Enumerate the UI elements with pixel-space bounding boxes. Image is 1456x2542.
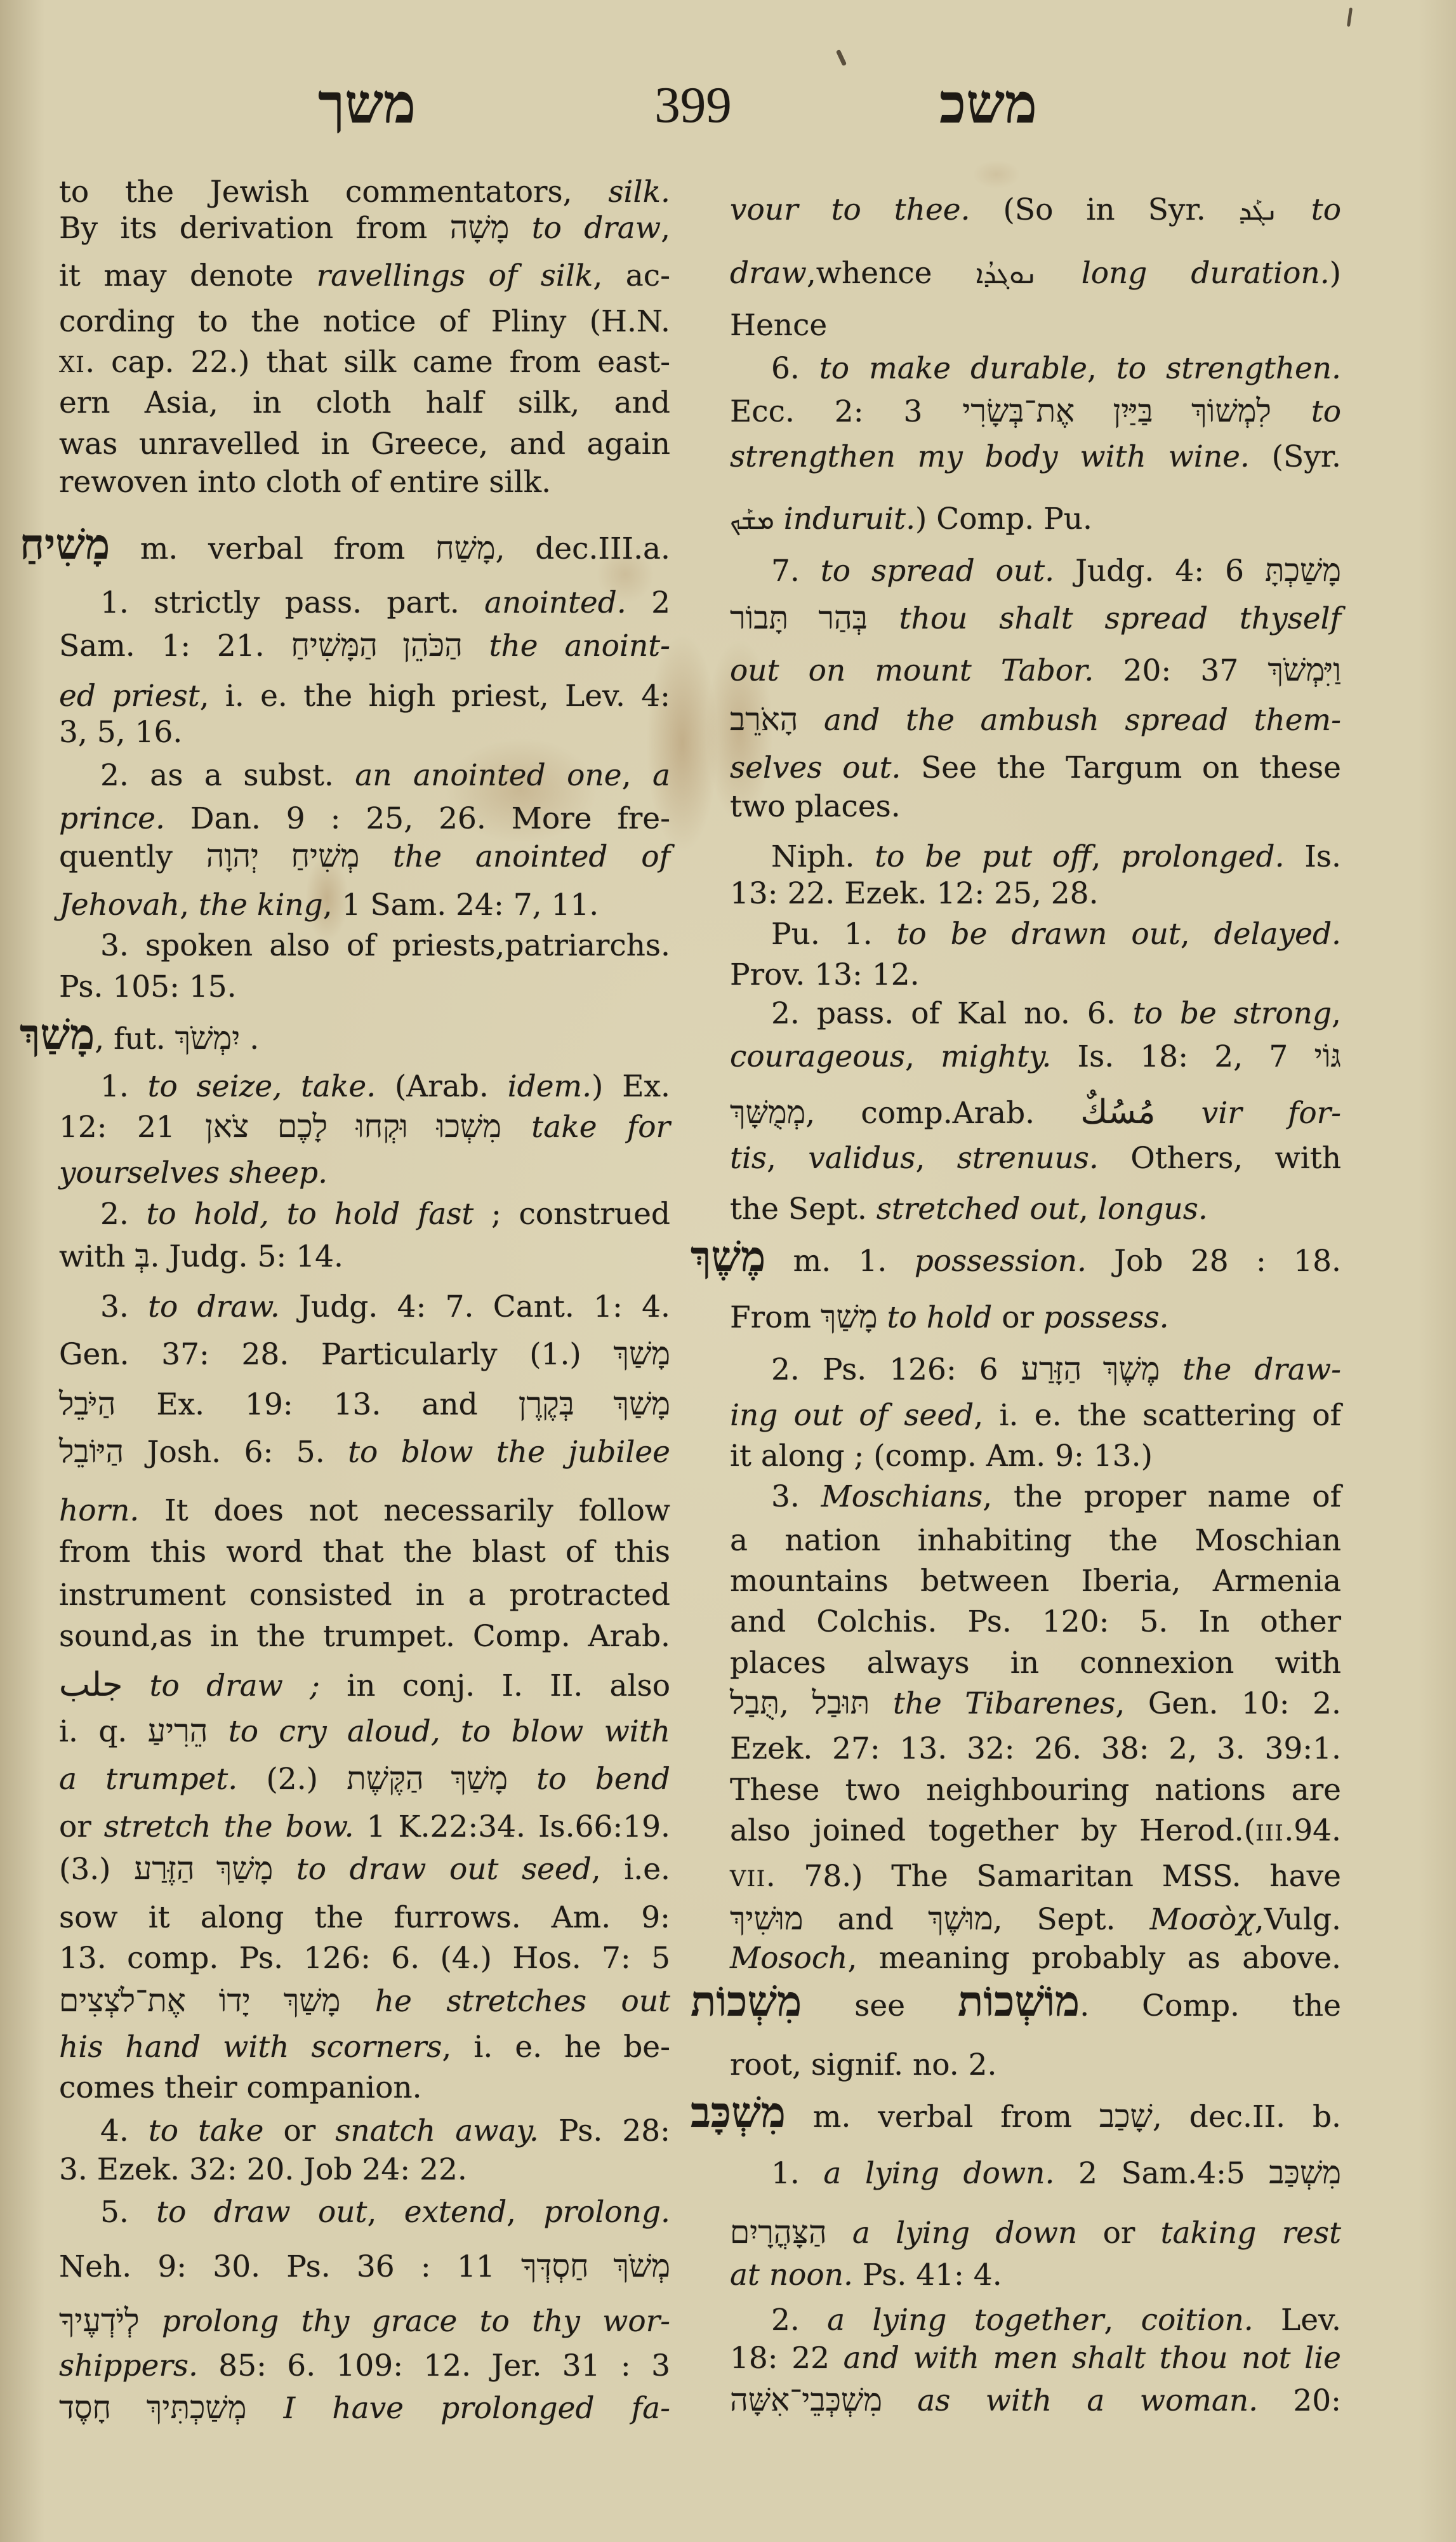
hebrew-text: בְּהַר תָּבוֹר — [730, 600, 868, 635]
text-line: 2. Ps. 126: 6 מֶשֶׁךְ הַזָּרַע the draw- — [730, 1351, 1341, 1389]
roman-text: 6. — [771, 351, 819, 386]
text-line: comes their companion. — [59, 2069, 670, 2107]
text-line: or stretch the bow. 1 K.22:34. Is.66:19. — [59, 1808, 670, 1846]
roman-text: see — [802, 1988, 958, 2023]
hebrew-text: וַיִּמְשֹׁךְ — [1267, 652, 1341, 688]
italic-text: mighty. — [941, 1039, 1051, 1074]
text-line: 2. as a subst. an anointed one, a — [59, 757, 670, 795]
hebrew-text: מְמֻשָּׁךְ — [730, 1095, 805, 1130]
roman-text: . Comp. the — [1080, 1988, 1341, 2023]
roman-text: Is. — [1285, 839, 1341, 874]
text-line: בְּהַר תָּבוֹר thou shalt spread thyself — [730, 600, 1341, 638]
roman-text: . 78.) The Samaritan MSS. have — [766, 1859, 1341, 1894]
italic-text: snatch away. — [335, 2113, 538, 2148]
text-line: ern Asia, in cloth half silk, and — [59, 384, 670, 422]
text-line: Mosoch, meaning probably as above. — [730, 1940, 1341, 1978]
italic-text: long duration. — [1038, 256, 1330, 291]
text-line: quently מְשִׁיחַ יְהוָה the anointed of — [59, 838, 670, 876]
roman-text: Neh. 9: 30. Ps. 36 : 11 — [59, 2249, 521, 2284]
italic-text: the king — [199, 888, 323, 922]
italic-text: tis — [730, 1141, 767, 1176]
roman-text: , — [905, 1039, 941, 1074]
roman-text: Judg. 4: 7. Cant. 1: 4. — [280, 1289, 670, 1324]
text-line: 3. Ezek. 32: 20. Job 24: 22. — [59, 2151, 670, 2189]
headword: מֶשֶׁךְ — [691, 1234, 765, 1281]
italic-text: stretch the bow. — [104, 1809, 354, 1844]
text-line: הַיּוֹבֵל Josh. 6: 5. to blow the jubile… — [59, 1434, 670, 1472]
syriac-text: ܢܓܰܕ — [1239, 195, 1278, 226]
italic-text: to be drawn out — [896, 917, 1180, 952]
text-line: places always in connexion with — [730, 1644, 1341, 1682]
italic-text: to take — [149, 2113, 263, 2148]
roman-text: to the Jewish commentators, — [59, 175, 608, 210]
roman-text: , — [367, 2195, 404, 2230]
roman-text: Prov. 13: 12. — [730, 957, 920, 992]
hebrew-text: הֵרִיעַ — [148, 1713, 208, 1748]
italic-text: to draw ; — [122, 1668, 320, 1703]
small-caps-numeral: XI — [59, 352, 85, 378]
italic-text: yourselves sheep. — [59, 1155, 328, 1190]
italic-text: silk. — [608, 175, 670, 210]
italic-text: to blow the jubilee — [348, 1435, 670, 1470]
roman-text: . cap. 22.) that silk came from east- — [85, 345, 670, 380]
hebrew-text: מוּשִׁיךְ — [730, 1901, 804, 1936]
roman-text: Others, with — [1099, 1141, 1341, 1176]
text-line: Ezek. 27: 13. 32: 26. 38: 2, 3. 39:1. — [730, 1730, 1341, 1768]
roman-text: 3. spoken also of priests,patriarchs. — [100, 928, 670, 963]
text-line: sound,as in the trumpet. Comp. Arab. — [59, 1618, 670, 1656]
roman-text: or — [992, 1300, 1043, 1335]
italic-text: coition. — [1141, 2303, 1254, 2338]
italic-text: to strengthen. — [1116, 351, 1341, 386]
headword-reference: מוֹשְׁכוֹת — [958, 1979, 1080, 2025]
roman-text: 2. pass. of Kal no. 6. — [771, 996, 1133, 1031]
italic-text: an anointed one — [355, 758, 621, 793]
roman-text: , meaning probably as above. — [847, 1941, 1341, 1976]
roman-text: root, signif. no. 2. — [730, 2047, 996, 2082]
italic-text: to seize, take. — [148, 1069, 376, 1104]
italic-text: to — [1278, 192, 1341, 227]
hebrew-text: הַיּוֹבֵל — [59, 1434, 124, 1469]
text-line: ed priest, i. e. the high priest, Lev. 4… — [59, 677, 670, 715]
text-line: out on mount Tabor. 20: 37 וַיִּמְשֹׁךְ — [730, 652, 1341, 690]
roman-text: Ps. 105: 15. — [59, 969, 237, 1004]
text-line: Prov. 13: 12. — [730, 956, 1341, 994]
hebrew-text: מָשַׁךְ — [821, 1299, 878, 1334]
text-line: sow it along the furrows. Am. 9: — [59, 1899, 670, 1937]
hebrew-text: בְּ — [135, 1238, 150, 1274]
entry-headword-line: מִשְׁכוֹת see מוֹשְׁכוֹת. Comp. the — [691, 1987, 1341, 2025]
text-line: Niph. to be put off, prolonged. Is. — [730, 838, 1341, 876]
italic-text: idem. — [508, 1069, 592, 1104]
italic-text: the Tibarenes — [870, 1686, 1115, 1721]
italic-text: to bend — [508, 1762, 670, 1797]
text-line: yourselves sheep. — [59, 1154, 670, 1192]
text-line: Neh. 9: 30. Ps. 36 : 11 מְשֹׁךְ חַסְדְּך… — [59, 2248, 670, 2286]
text-line: draw,whence ܢܘܓܕܳܐ long duration.) — [730, 255, 1341, 293]
hebrew-text: מָשַׁךְ בְּקֶרֶן — [519, 1386, 670, 1421]
italic-text: I have prolonged fa- — [246, 2391, 670, 2426]
text-line: 12: 21 מִשְׁכוּ וּקְחוּ לָכֶם צֹאן take … — [59, 1108, 670, 1147]
roman-text: also joined together by Herod.( — [730, 1813, 1255, 1848]
roman-text: instrument consisted in a protracted — [59, 1578, 670, 1613]
roman-text: , — [622, 758, 652, 793]
text-line: Gen. 37: 28. Particularly (1.) מָשַׁךְ — [59, 1336, 670, 1374]
text-line: ing out of seed, i. e. the scattering of — [730, 1397, 1341, 1435]
italic-text: draw — [730, 256, 807, 291]
roman-text: 1. — [100, 1069, 148, 1104]
roman-text: Sam. 1: 21. — [59, 629, 291, 663]
roman-text: 2. — [771, 2303, 827, 2338]
text-line: 7. to spread out. Judg. 4: 6 מָשַׁכְתָּ — [730, 552, 1341, 590]
syriac-text: ܢܘܓܕܳܐ — [976, 258, 1037, 289]
right-column: vour to thee. (So in Syr. ܢܓܰܕ to draw,w… — [730, 0, 1341, 2542]
italic-text: to draw. — [148, 1289, 280, 1324]
roman-text: , dec.III.a. — [496, 531, 670, 566]
roman-text: 3, 5, 16. — [59, 715, 182, 750]
text-line: prince. Dan. 9 : 25, 26. More fre- — [59, 800, 670, 838]
hebrew-text: לְיֹדְעֶיךָ — [59, 2303, 140, 2338]
roman-text: , Sept. — [993, 1902, 1149, 1937]
roman-text: a nation inhabiting the Moschian — [730, 1523, 1341, 1558]
roman-text: Ezek. 27: 13. 32: 26. 38: 2, 3. 39:1. — [730, 1731, 1341, 1766]
roman-text: sound,as in the trumpet. Comp. Arab. — [59, 1619, 670, 1654]
italic-text: vir for- — [1155, 1096, 1341, 1131]
text-line: From מָשַׁךְ to hold or possess. — [730, 1299, 1341, 1337]
roman-text: 20: — [1258, 2383, 1341, 2418]
text-line: XI. cap. 22.) that silk came from east- — [59, 343, 670, 382]
text-line: it along ; (comp. Am. 9: 13.) — [730, 1437, 1341, 1475]
text-line: מִשְׁכְּבֵי־אִשָּׁה as with a woman. 20: — [730, 2382, 1341, 2420]
text-line: ܡܫܰܟ induruit.) Comp. Pu. — [730, 500, 1341, 538]
italic-text: and with men shalt thou not lie — [844, 2341, 1341, 2376]
roman-text: the Sept. — [730, 1192, 877, 1227]
hebrew-text: הַכֹּהֵן הַמָּשִׁיחַ — [291, 627, 463, 663]
roman-text: (2.) — [237, 1762, 347, 1797]
italic-text: out on mount Tabor. — [730, 653, 1094, 688]
roman-text: Ecc. 2: 3 — [730, 394, 962, 429]
roman-text: two places. — [730, 789, 901, 824]
italic-text: selves out. — [730, 750, 901, 785]
italic-text: to cry aloud, to blow with — [208, 1714, 670, 1749]
roman-text: , i. e. the high priest, Lev. 4: — [200, 679, 670, 714]
roman-text: . — [240, 1021, 259, 1056]
hebrew-text: הַיֹּבֵל — [59, 1386, 116, 1421]
italic-text: vour to thee. — [730, 192, 970, 227]
text-line: selves out. See the Targum on these — [730, 749, 1341, 787]
text-line: 4. to take or snatch away. Ps. 28: — [59, 2112, 670, 2150]
roman-text: , — [506, 2195, 543, 2230]
text-line: 2. a lying together, coition. Lev. — [730, 2301, 1341, 2339]
roman-text: ern Asia, in cloth half silk, and — [59, 385, 670, 420]
hebrew-text: מָשַׁךְ — [613, 1336, 670, 1371]
italic-text: strenuus. — [957, 1141, 1099, 1176]
text-line: shippers. 85: 6. 109: 12. Jer. 31 : 3 — [59, 2347, 670, 2385]
italic-text: shippers. — [59, 2348, 198, 2383]
roman-text: m. verbal from — [110, 531, 435, 566]
text-line: it may denote ravellings of silk, ac- — [59, 257, 670, 295]
text-line: tis, validus, strenuus. Others, with — [730, 1140, 1341, 1178]
roman-text: Pu. 1. — [771, 917, 896, 952]
text-line: was unravelled in Greece, and again — [59, 425, 670, 463]
roman-text: (Syr. — [1250, 439, 1341, 474]
text-line: Ecc. 2: 3 לִמְשׁוֹךְ בַּיַּיִן אֶת־בְּשָ… — [730, 393, 1341, 431]
text-line: לְיֹדְעֶיךָ prolong thy grace to thy wor… — [59, 2303, 670, 2341]
italic-text: possession. — [915, 1244, 1087, 1279]
greek-text: Μοσὸχ — [1150, 1902, 1255, 1937]
text-line: rewoven into cloth of entire silk. — [59, 463, 670, 502]
italic-text: to draw out seed — [273, 1852, 591, 1887]
italic-text: to hold, to hold fast — [147, 1197, 474, 1232]
text-line: 2. to hold, to hold fast ; construed — [59, 1195, 670, 1234]
roman-text: 2. Ps. 126: 6 — [771, 1352, 1021, 1387]
hebrew-text: מָשַׁךְ הַקֶּשֶׁת — [347, 1760, 508, 1796]
roman-text: ,whence — [807, 256, 976, 291]
roman-text: with — [59, 1239, 135, 1274]
italic-text: prolonged. — [1121, 839, 1284, 874]
roman-text: Ps. 41: 4. — [853, 2258, 1002, 2292]
roman-text: 3. — [100, 1289, 148, 1324]
italic-text: strengthen my body with wine. — [730, 439, 1250, 474]
hebrew-text: מָשָׁה — [450, 210, 510, 245]
text-line: 3. spoken also of priests,patriarchs. — [59, 927, 670, 965]
hebrew-text: גּוֹי — [1314, 1038, 1341, 1074]
entry-headword-line: מִשְׁכָּב m. verbal from שָׁכַב, dec.II.… — [691, 2098, 1341, 2136]
text-line: root, signif. no. 2. — [730, 2046, 1341, 2084]
text-line: תֻּבַל, תּוּבַל the Tibarenes, Gen. 10: … — [730, 1685, 1341, 1723]
italic-text: Mosoch — [730, 1941, 847, 1976]
text-line: Sam. 1: 21. הַכֹּהֵן הַמָּשִׁיחַ the ano… — [59, 627, 670, 665]
italic-text: to spread out. — [821, 554, 1054, 589]
italic-text: ed priest — [59, 679, 200, 714]
roman-text: (Arab. — [376, 1069, 507, 1104]
roman-text: 2 Sam.4:5 — [1054, 2156, 1269, 2191]
roman-text: , Gen. 10: 2. — [1115, 1686, 1341, 1721]
italic-text: to make durable — [819, 351, 1087, 386]
roman-text: cording to the notice of Pliny (H.N. — [59, 304, 670, 339]
roman-text: , — [915, 1141, 956, 1176]
text-line: his hand with scorners, i. e. he be- — [59, 2028, 670, 2066]
text-line: a trumpet. (2.) מָשַׁךְ הַקֶּשֶׁת to ben… — [59, 1760, 670, 1799]
roman-text: , fut. — [95, 1021, 175, 1056]
text-line: vour to thee. (So in Syr. ܢܓܰܕ to — [730, 191, 1341, 229]
italic-text: prolong. — [544, 2195, 670, 2230]
roman-text: was unravelled in Greece, and again — [59, 427, 670, 462]
roman-text: 3. Ezek. 32: 20. Job 24: 22. — [59, 2152, 467, 2187]
hebrew-text: מָשַׁח — [435, 530, 496, 566]
text-line: a nation inhabiting the Moschian — [730, 1522, 1341, 1560]
italic-text: a — [652, 758, 670, 793]
text-line: הָאֹרֵב and the ambush spread them- — [730, 702, 1341, 740]
roman-text: , dec.II. b. — [1153, 2099, 1341, 2134]
roman-text: , — [1079, 1192, 1098, 1227]
roman-text: , — [661, 211, 670, 246]
text-line: 5. to draw out, extend, prolong. — [59, 2193, 670, 2232]
roman-text: 20: 37 — [1094, 653, 1267, 688]
roman-text: See the Targum on these — [901, 750, 1341, 785]
entry-headword-line: מָשִׁיחַ m. verbal from מָשַׁח, dec.III.… — [20, 530, 670, 568]
roman-text: 85: 6. 109: 12. Jer. 31 : 3 — [198, 2348, 670, 2383]
syriac-text: ܡܫܰܟ — [730, 504, 774, 535]
roman-text: rewoven into cloth of entire silk. — [59, 465, 551, 500]
text-line: By its derivation from מָשָׁה to draw, — [59, 210, 670, 248]
italic-text: to hold — [878, 1300, 993, 1335]
hebrew-text: יִמְשֹׁךְ — [175, 1020, 241, 1056]
paper-speck — [1347, 8, 1353, 27]
roman-text: , i. e. the scattering of — [974, 1398, 1341, 1433]
roman-text: 2. — [100, 1197, 147, 1232]
hebrew-text: תּוּבַל — [812, 1685, 870, 1720]
italic-text: as with a woman. — [882, 2383, 1258, 2418]
italic-text: thou shalt spread thyself — [868, 601, 1341, 636]
roman-text: m. 1. — [765, 1244, 914, 1279]
text-line: Jehovah, the king, 1 Sam. 24: 7, 11. — [59, 886, 670, 924]
roman-text: (So in Syr. — [970, 192, 1239, 227]
roman-text: i. q. — [59, 1714, 148, 1749]
roman-text: places always in connexion with — [730, 1646, 1341, 1680]
left-column: to the Jewish commentators, silk. By its… — [59, 0, 670, 2542]
roman-text: ,Vulg. — [1255, 1902, 1341, 1937]
roman-text: 2 — [626, 585, 670, 620]
hebrew-text: תֻּבַל — [730, 1685, 779, 1720]
roman-text: Is. 18: 2, 7 — [1051, 1039, 1314, 1074]
text-line: Ps. 105: 15. — [59, 968, 670, 1006]
headword: מִשְׁכָּב — [691, 2090, 786, 2136]
italic-text: stretched out — [877, 1192, 1079, 1227]
roman-text: Ps. 28: — [539, 2113, 670, 2148]
roman-text: These two neighbouring nations are — [730, 1773, 1341, 1807]
roman-text: Gen. 37: 28. Particularly (1.) — [59, 1337, 613, 1372]
italic-text: induruit. — [774, 502, 915, 536]
hebrew-text: הָאֹרֵב — [730, 702, 798, 737]
italic-text: anointed. — [484, 585, 626, 620]
roman-text: , — [1104, 2303, 1141, 2338]
italic-text: courageous — [730, 1039, 905, 1074]
italic-text: take for — [501, 1110, 670, 1145]
roman-text: 5. — [100, 2195, 156, 2230]
entry-headword-line: מֶשֶׁךְ m. 1. possession. Job 28 : 18. — [691, 1242, 1341, 1281]
italic-text: to — [1271, 394, 1341, 429]
italic-text: validus — [808, 1141, 915, 1176]
text-line: הַצָּהֳרָיִם a lying down or taking rest — [730, 2214, 1341, 2253]
roman-text: , — [180, 888, 199, 922]
roman-text: 1. — [771, 2156, 823, 2191]
hebrew-text: מְשִׁיחַ יְהוָה — [206, 838, 360, 874]
hebrew-text: מְשֹׁךְ חַסְדְּךָ — [521, 2248, 670, 2284]
roman-text: , — [1181, 917, 1214, 952]
roman-text: , — [1087, 351, 1116, 386]
roman-text: Judg. 4: 6 — [1054, 554, 1265, 589]
text-line: horn. It does not necessarily follow — [59, 1492, 670, 1530]
italic-text: horn. — [59, 1493, 139, 1528]
text-line: two places. — [730, 788, 1341, 826]
italic-text: Jehovah — [59, 888, 180, 922]
text-line: mountains between Iberia, Armenia — [730, 1562, 1341, 1600]
roman-text: it may denote — [59, 258, 317, 293]
text-line: strengthen my body with wine. (Syr. — [730, 438, 1341, 476]
text-line: מָשַׁךְ יָדוֹ אֶת־לֹצְצִים he stretches … — [59, 1983, 670, 2021]
italic-text: the draw- — [1160, 1352, 1341, 1387]
headword: מִשְׁכוֹת — [691, 1979, 802, 2025]
hebrew-text: הַצָּהֳרָיִם — [730, 2214, 827, 2250]
roman-text: 13. comp. Ps. 126: 6. (4.) Hos. 7: 5 — [59, 1941, 670, 1976]
text-line: 6. to make durable, to strengthen. — [730, 350, 1341, 388]
roman-text: .94. — [1284, 1813, 1341, 1848]
roman-text: Josh. 6: 5. — [124, 1435, 348, 1470]
roman-text: mountains between Iberia, Armenia — [730, 1564, 1341, 1599]
text-line: also joined together by Herod.(III.94. — [730, 1812, 1341, 1850]
text-line: Hence — [730, 307, 1341, 345]
text-line: at noon. Ps. 41: 4. — [730, 2256, 1341, 2294]
text-line: 3, 5, 16. — [59, 714, 670, 752]
text-line: 1. a lying down. 2 Sam.4:5 מִשְׁכַּב — [730, 2155, 1341, 2193]
roman-text: Dan. 9 : 25, 26. More fre- — [165, 801, 670, 836]
roman-text: , the proper name of — [983, 1479, 1341, 1514]
italic-text: extend — [404, 2195, 506, 2230]
arabic-text: مُسُكٌ — [1080, 1093, 1155, 1131]
roman-text: m. verbal from — [786, 2099, 1099, 2134]
italic-text: a lying down — [827, 2216, 1078, 2251]
text-line: (3.) מָשַׁךְ הַזֶּרַע to draw out seed, … — [59, 1851, 670, 1889]
text-line: 18: 22 and with men shalt thou not lie — [730, 2339, 1341, 2378]
roman-text: or — [1077, 2216, 1160, 2251]
text-line: from this word that the blast of this — [59, 1533, 670, 1571]
roman-text: (3.) — [59, 1852, 134, 1887]
text-line: courageous, mighty. Is. 18: 2, 7 גּוֹי — [730, 1038, 1341, 1076]
roman-text: 3. — [771, 1479, 821, 1514]
text-line: 3. to draw. Judg. 4: 7. Cant. 1: 4. — [59, 1288, 670, 1326]
hebrew-text: מִשְׁכוּ וּקְחוּ לָכֶם צֹאן — [205, 1108, 501, 1144]
roman-text: 18: 22 — [730, 2341, 844, 2376]
roman-text: Ex. 19: 13. and — [116, 1387, 518, 1422]
italic-text: at noon. — [730, 2258, 853, 2292]
roman-text: Job 28 : 18. — [1087, 1244, 1341, 1279]
roman-text: , i. e. he be- — [442, 2030, 670, 2065]
italic-text: to be put off — [875, 839, 1091, 874]
roman-text: 12: 21 — [59, 1110, 205, 1145]
italic-text: a trumpet. — [59, 1762, 237, 1797]
roman-text: or — [263, 2113, 335, 2148]
roman-text: , ac- — [593, 258, 670, 293]
italic-text: prince. — [59, 801, 165, 836]
roman-text: By its derivation from — [59, 211, 450, 246]
roman-text: 4. — [100, 2113, 149, 2148]
roman-text: Hence — [730, 308, 827, 343]
italic-text: delayed. — [1214, 917, 1341, 952]
text-line: instrument consisted in a protracted — [59, 1576, 670, 1614]
text-line: 3. Moschians, the proper name of — [730, 1478, 1341, 1516]
entry-headword-line: מָשַׁךְ, fut. יִמְשֹׁךְ . — [20, 1020, 670, 1058]
roman-text: and Colchis. Ps. 120: 5. In other — [730, 1604, 1341, 1639]
italic-text: a lying down. — [823, 2156, 1054, 2191]
hebrew-text: מָשַׁכְתָּ — [1265, 552, 1341, 588]
roman-text: ) Ex. — [592, 1069, 670, 1104]
text-line: Pu. 1. to be drawn out, delayed. — [730, 915, 1341, 954]
text-line: מְמֻשָּׁךְ, comp.Arab. مُسُكٌ vir for- — [730, 1095, 1341, 1133]
roman-text: ; construed — [473, 1197, 670, 1232]
italic-text: to draw — [509, 211, 661, 246]
roman-text: Lev. — [1254, 2303, 1341, 2338]
roman-text: 1 K.22:34. Is.66:19. — [354, 1809, 670, 1844]
italic-text: and the ambush spread them- — [798, 703, 1341, 738]
hebrew-text: שָׁכַב — [1099, 2098, 1153, 2134]
italic-text: ravellings of silk — [317, 258, 593, 293]
text-line: 13: 22. Ezek. 12: 25, 28. — [730, 875, 1341, 913]
text-line: These two neighbouring nations are — [730, 1771, 1341, 1809]
roman-text: ) Comp. Pu. — [915, 502, 1092, 536]
text-line: and Colchis. Ps. 120: 5. In other — [730, 1603, 1341, 1641]
roman-text: , — [767, 1141, 808, 1176]
